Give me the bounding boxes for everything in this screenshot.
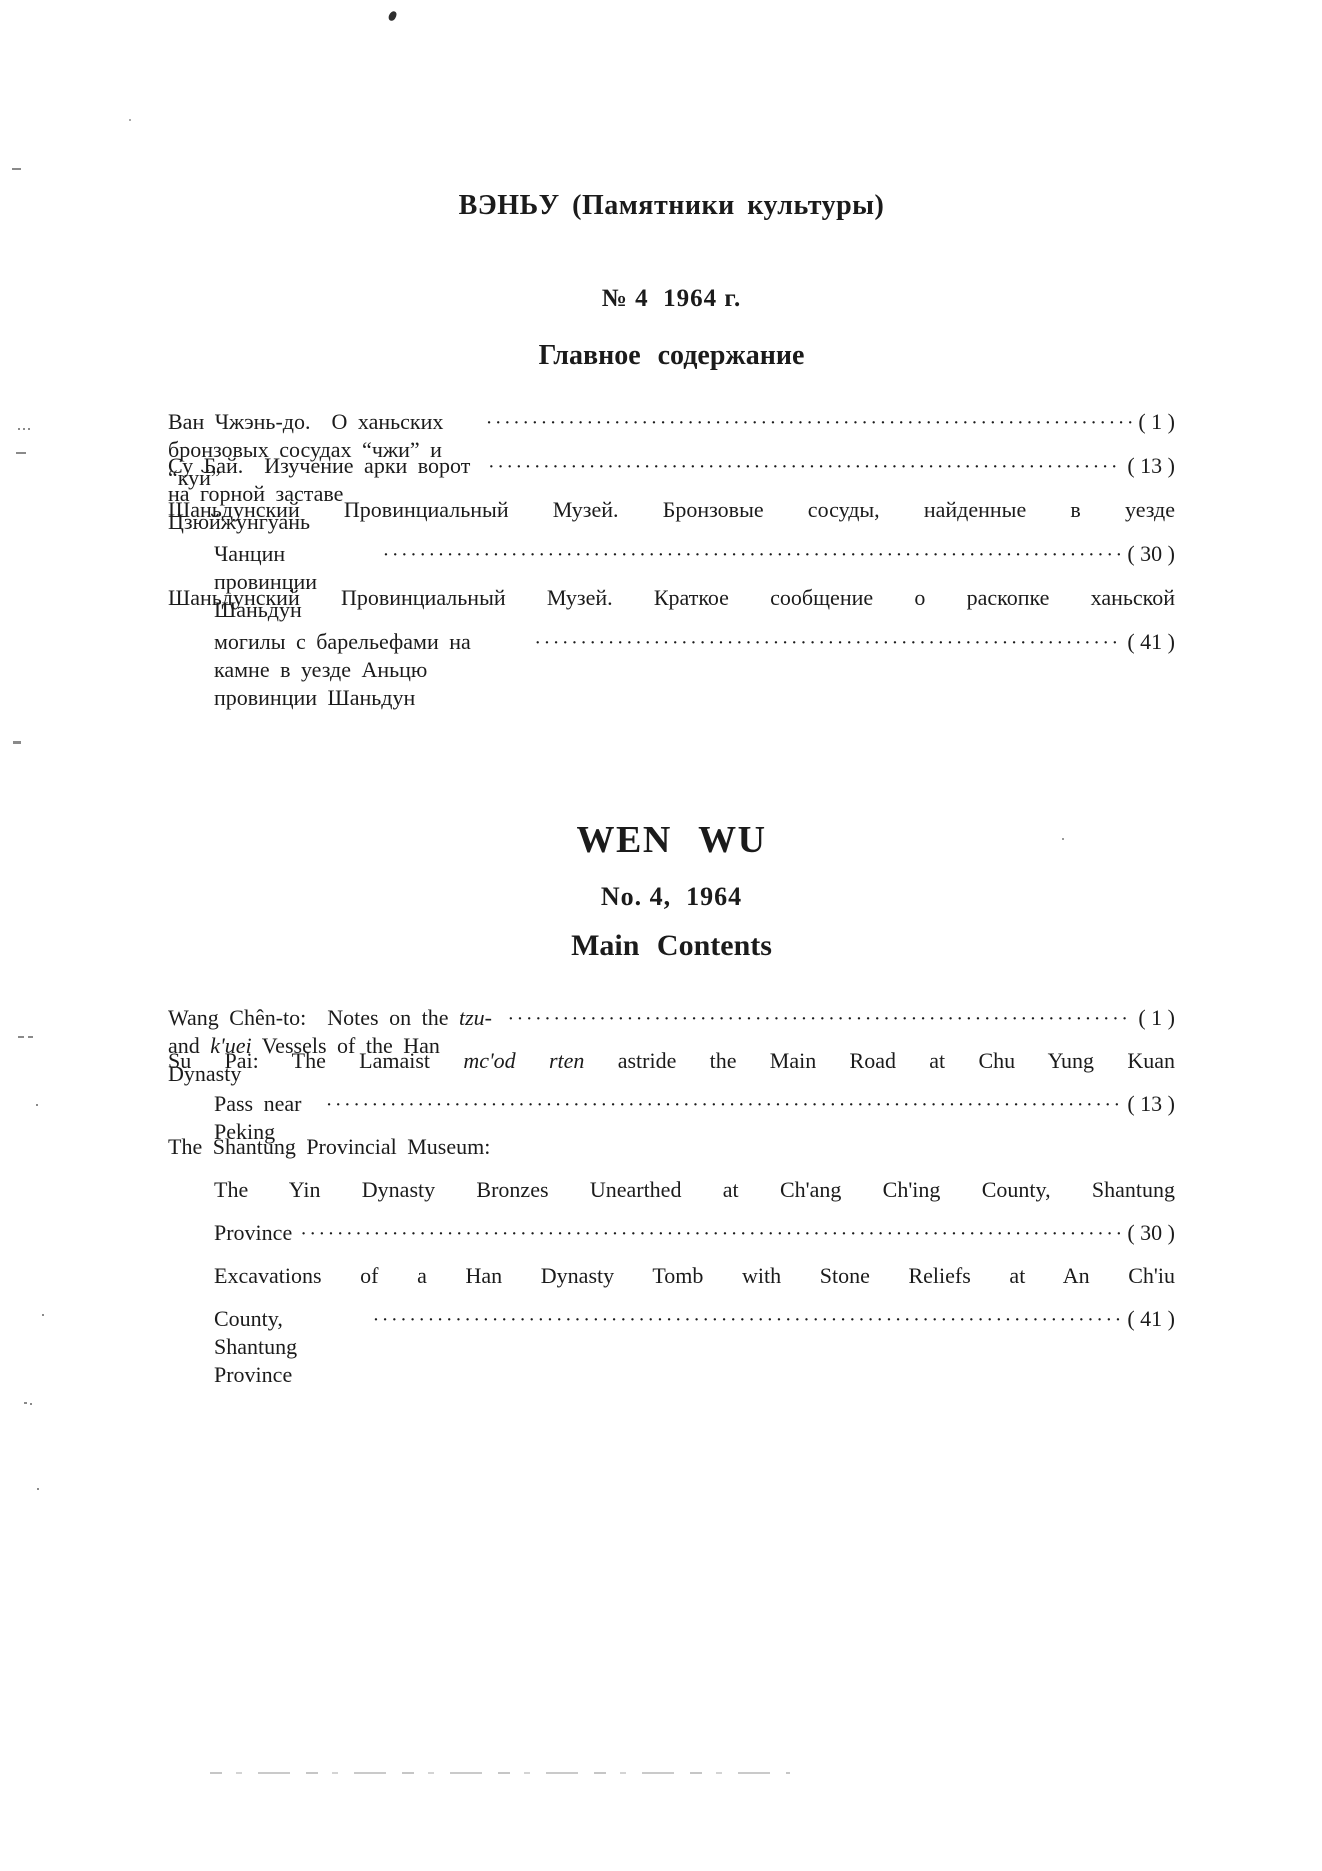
toc-text-segment: Шаньдунский Провинциальный Музей. Кратко… [168, 585, 1175, 610]
russian-issue-number: № 4 1964 г. [168, 285, 1175, 313]
english-contents-list: Wang Chên-to: Notes on the tzu- and k'ue… [168, 1004, 1175, 1348]
scan-artifact-rule [210, 1772, 790, 1774]
toc-italic-term: tzu- [459, 1005, 492, 1030]
dot-leader: ········································… [488, 453, 1121, 481]
toc-text-segment: Excavations of a Han Dynasty Tomb with S… [214, 1263, 1175, 1288]
toc-text-segment: могилы с барельефами на камне в уезде Ан… [214, 629, 481, 710]
toc-line: могилы с барельефами на камне в уезде Ан… [168, 628, 1175, 672]
english-journal-title: WEN WU [168, 818, 1175, 862]
toc-entry-text: Su Pai: The Lamaist mc'od rten astride t… [168, 1047, 1175, 1075]
scan-artifact [28, 1036, 33, 1038]
dot-leader: ········································… [383, 541, 1122, 569]
toc-text-segment: Province [214, 1220, 303, 1245]
scan-artifact [12, 168, 21, 170]
russian-contents-heading: Главное содержание [168, 340, 1175, 372]
toc-line: Pass near Peking························… [168, 1090, 1175, 1133]
page-number: ( 41 ) [1127, 628, 1175, 656]
page-number: ( 13 ) [1127, 452, 1175, 480]
toc-entry-text: County, Shantung Province [214, 1305, 365, 1389]
scan-artifact [13, 741, 21, 744]
scan-artifact [42, 1314, 44, 1316]
toc-line: The Shantung Provincial Museum: [168, 1133, 1175, 1176]
toc-line: Wang Chên-to: Notes on the tzu- and k'ue… [168, 1004, 1175, 1047]
dot-leader: ········································… [326, 1091, 1122, 1119]
russian-contents-list: Ван Чжэнь-до. О ханьских бронзовых сосуд… [168, 408, 1175, 672]
toc-text-segment: Шаньдунский Провинциальный Музей. Бронзо… [168, 497, 1175, 522]
dot-leader: ········································… [486, 409, 1133, 437]
toc-text-segment: The Shantung Provincial Museum: [168, 1134, 490, 1159]
toc-line: Чанцин провинции Шаньдун················… [168, 540, 1175, 584]
dot-leader: ········································… [300, 1220, 1121, 1248]
page-number: ( 41 ) [1127, 1305, 1175, 1333]
toc-line: Ван Чжэнь-до. О ханьских бронзовых сосуд… [168, 408, 1175, 452]
russian-journal-title: ВЭНЬУ (Памятники культуры) [168, 190, 1175, 222]
toc-text-segment: Wang Chên-to: Notes on the [168, 1005, 459, 1030]
page-number: ( 30 ) [1127, 540, 1175, 568]
toc-entry-text: Wang Chên-to: Notes on the tzu- and k'ue… [168, 1004, 500, 1088]
toc-text-segment: Su Pai: The Lamaist [168, 1048, 463, 1073]
scanned-contents-page: { "meta": { "ink_color": "#1b1b1b", "pap… [0, 0, 1322, 1871]
toc-text-segment: County, Shantung Province [214, 1306, 308, 1387]
toc-line: County, Shantung Province ··············… [168, 1305, 1175, 1348]
toc-line: Су Бай. Изучение арки ворот на горной за… [168, 452, 1175, 496]
scan-artifact [16, 452, 26, 454]
toc-entry-text: могилы с барельефами на камне в уезде Ан… [214, 628, 526, 712]
scan-artifact [36, 1104, 38, 1106]
toc-entry-text: Шаньдунский Провинциальный Музей. Бронзо… [168, 496, 1175, 524]
toc-entry-text: Province [214, 1219, 292, 1247]
english-contents-heading: Main Contents [168, 929, 1175, 963]
toc-italic-term: mc'od rten [463, 1048, 584, 1073]
toc-entry-text: The Shantung Provincial Museum: [168, 1133, 490, 1161]
page-number: ( 1 ) [1138, 408, 1175, 436]
toc-text-segment: astride the Main Road at Chu Yung Kuan [584, 1048, 1175, 1073]
scan-artifact [18, 428, 32, 430]
toc-line: The Yin Dynasty Bronzes Unearthed at Ch'… [168, 1176, 1175, 1219]
dot-leader: ········································… [373, 1306, 1122, 1334]
toc-line: Excavations of a Han Dynasty Tomb with S… [168, 1262, 1175, 1305]
page-number: ( 1 ) [1138, 1004, 1175, 1032]
page-number: ( 13 ) [1127, 1090, 1175, 1118]
dot-leader: ········································… [534, 629, 1121, 657]
toc-entry-text: The Yin Dynasty Bronzes Unearthed at Ch'… [214, 1176, 1175, 1204]
toc-entry-text: Excavations of a Han Dynasty Tomb with S… [214, 1262, 1175, 1290]
toc-entry-text: Шаньдунский Провинциальный Музей. Кратко… [168, 584, 1175, 612]
toc-line: Province ·······························… [168, 1219, 1175, 1262]
scan-artifact [18, 1036, 24, 1038]
dot-leader: ········································… [508, 1005, 1133, 1033]
scan-artifact [129, 119, 131, 121]
scan-artifact [24, 1402, 27, 1404]
scan-artifact [37, 1488, 39, 1490]
english-issue-number: No. 4, 1964 [168, 882, 1175, 912]
ink-speck [388, 10, 398, 22]
toc-text-segment: The Yin Dynasty Bronzes Unearthed at Ch'… [214, 1177, 1175, 1202]
scan-artifact [30, 1403, 32, 1405]
page-number: ( 30 ) [1127, 1219, 1175, 1247]
